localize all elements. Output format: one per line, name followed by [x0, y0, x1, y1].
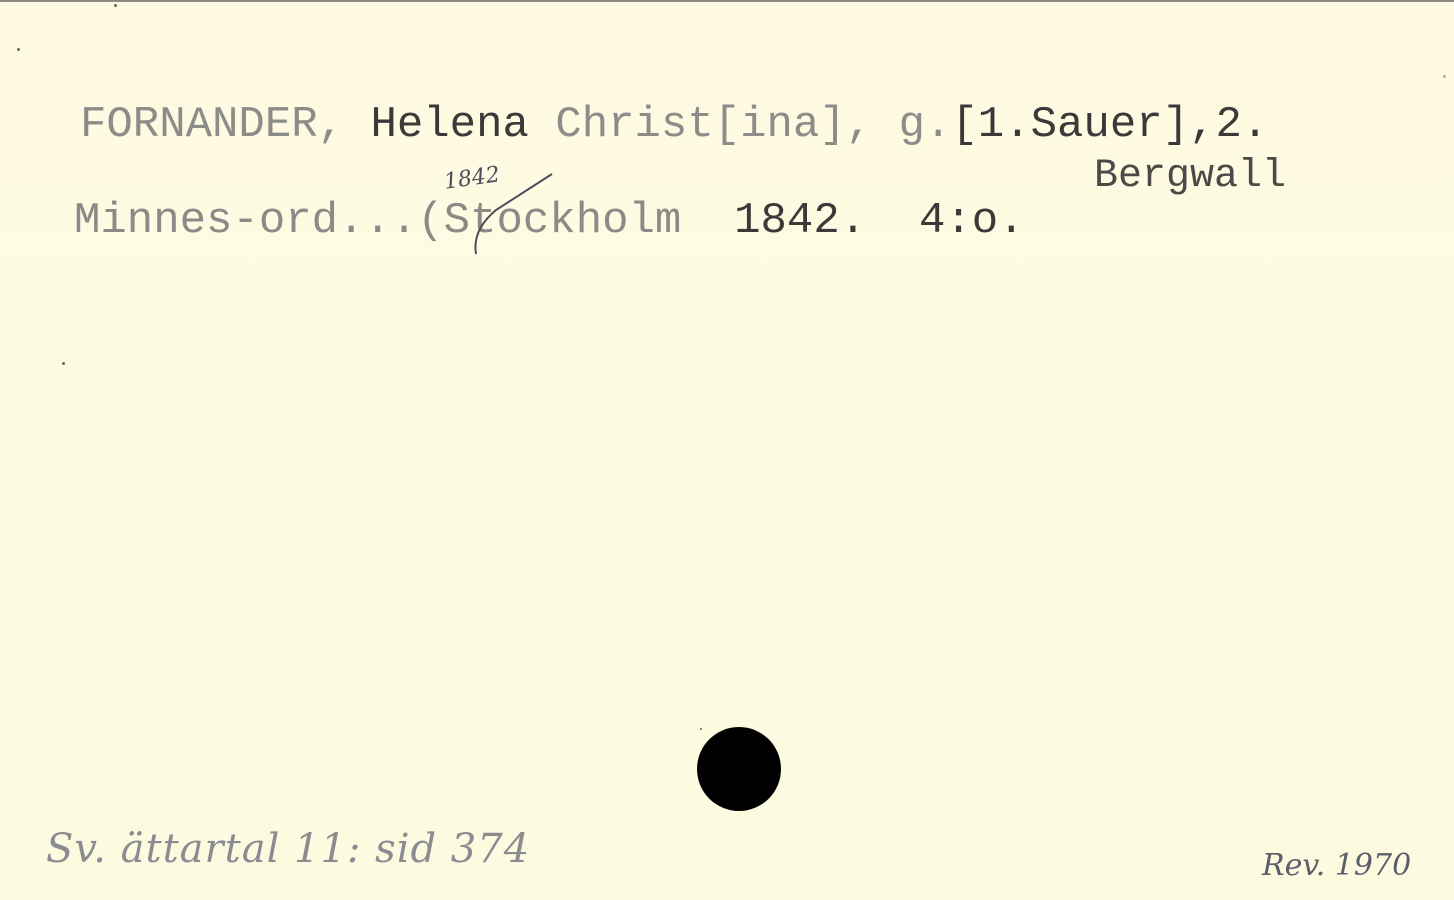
second-spouse-name: Bergwall	[1094, 154, 1286, 200]
heading-line: FORNANDER, Helena Christ[ina], g.[1.Saue…	[80, 100, 1268, 150]
paper-speck	[700, 728, 702, 730]
second-spouse-marker: 2.	[1215, 100, 1268, 150]
catalog-card: FORNANDER, Helena Christ[ina], g.[1.Saue…	[0, 0, 1454, 900]
format: 4:o.	[919, 196, 1025, 246]
surname: FORNANDER,	[80, 100, 344, 150]
handwritten-slash-mark	[460, 170, 560, 260]
title-text: Minnes-ord...	[74, 196, 417, 246]
handwritten-revision-note: Rev. 1970	[1262, 848, 1411, 883]
handwritten-reference-note: Sv. ättartal 11: sid 374	[46, 826, 530, 872]
middle-name-bracket: [ina],	[714, 100, 872, 150]
first-spouse: [1.Sauer],	[951, 100, 1215, 150]
given-name: Helena	[370, 100, 528, 150]
publication-year: 1842.	[734, 196, 866, 246]
married-prefix: g.	[899, 100, 952, 150]
paper-speck	[62, 362, 65, 365]
paper-speck	[17, 48, 20, 51]
punch-hole	[697, 727, 781, 811]
paper-speck	[114, 4, 117, 7]
middle-name: Christ	[555, 100, 713, 150]
paper-speck	[1443, 75, 1446, 78]
